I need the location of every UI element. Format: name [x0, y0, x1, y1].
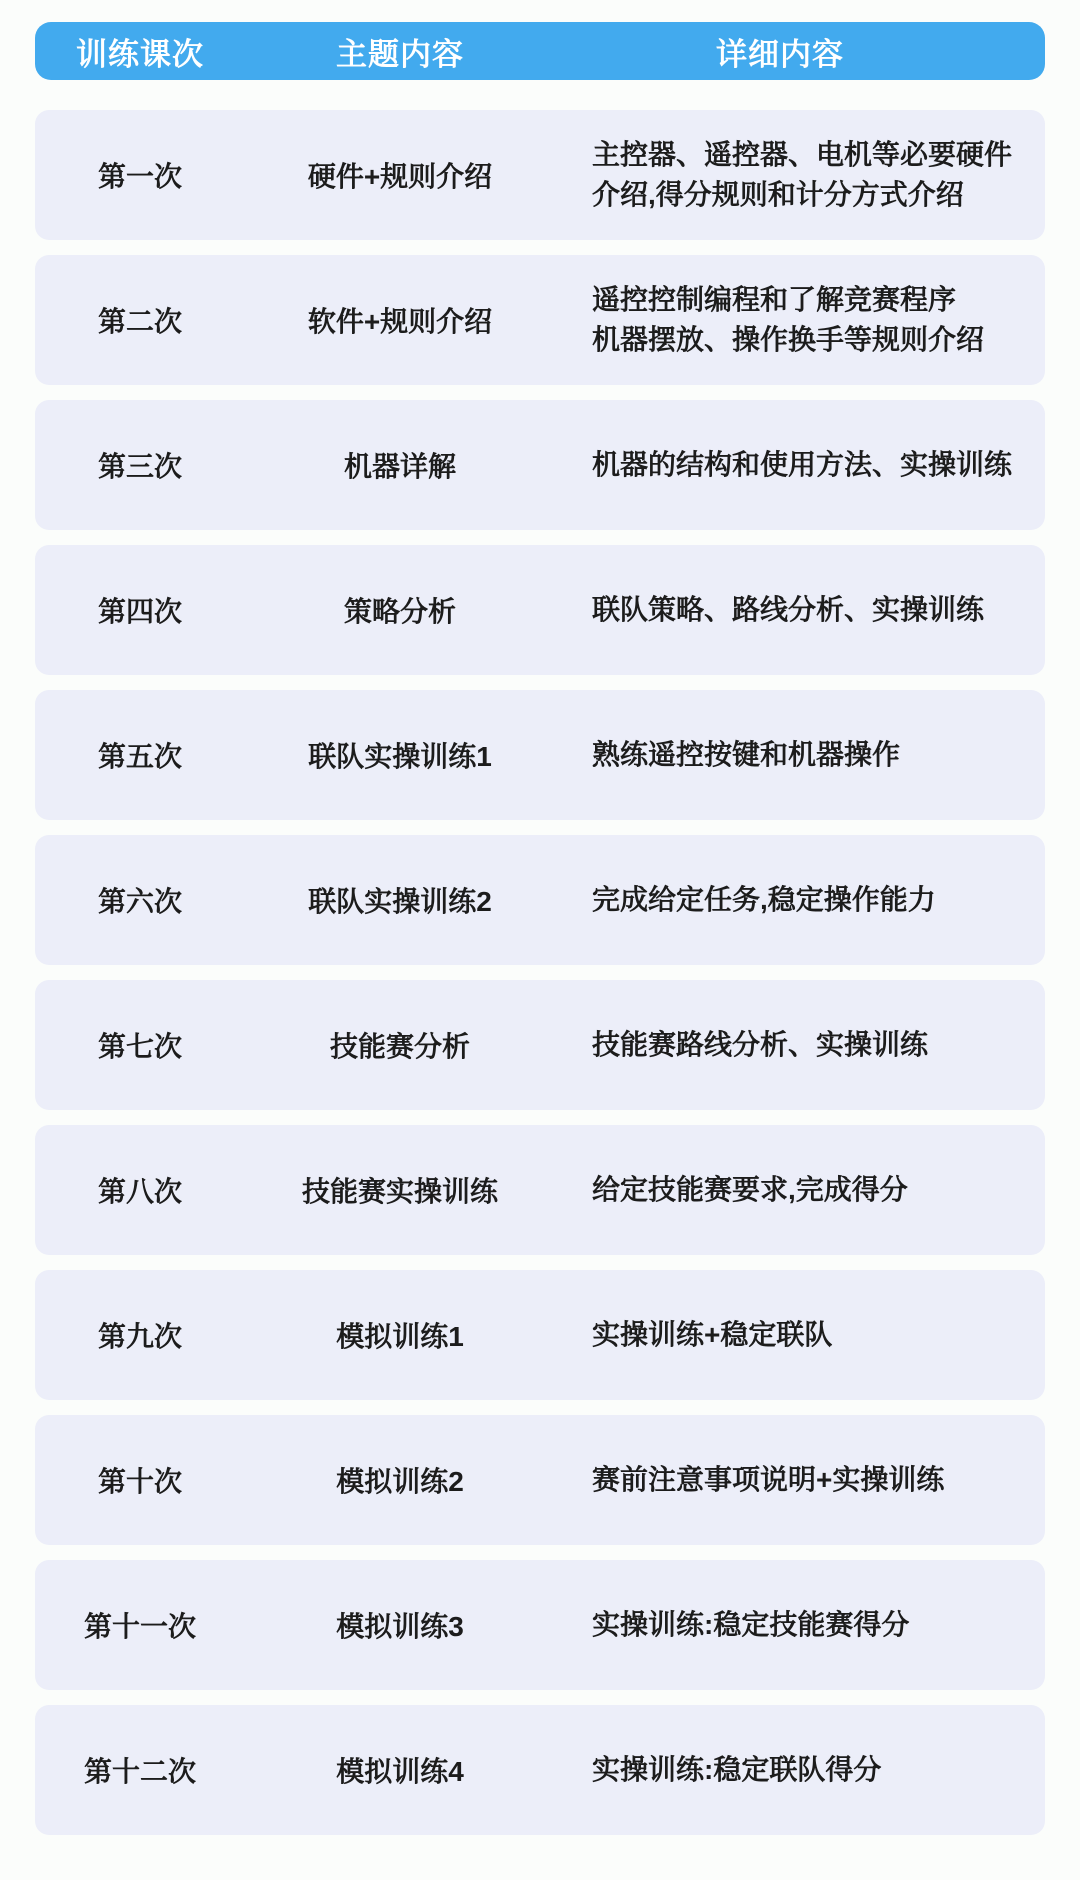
table-row: 第十二次 模拟训练4 实操训练:稳定联队得分: [35, 1705, 1045, 1835]
header-detail-column: 详细内容: [555, 29, 1045, 74]
table-row: 第十一次 模拟训练3 实操训练:稳定技能赛得分: [35, 1560, 1045, 1690]
detail-cell: 完成给定任务,稳定操作能力: [555, 880, 1045, 920]
detail-line: 遥控控制编程和了解竞赛程序: [592, 280, 1035, 320]
session-cell: 第七次: [35, 1025, 245, 1065]
table-row: 第八次 技能赛实操训练 给定技能赛要求,完成得分: [35, 1125, 1045, 1255]
table-row: 第二次 软件+规则介绍 遥控控制编程和了解竞赛程序机器摆放、操作换手等规则介绍: [35, 255, 1045, 385]
topic-cell: 机器详解: [245, 445, 555, 485]
detail-cell: 实操训练+稳定联队: [555, 1315, 1045, 1355]
detail-cell: 遥控控制编程和了解竞赛程序机器摆放、操作换手等规则介绍: [555, 280, 1045, 360]
detail-line: 技能赛路线分析、实操训练: [592, 1025, 1035, 1065]
session-cell: 第四次: [35, 590, 245, 630]
detail-cell: 给定技能赛要求,完成得分: [555, 1170, 1045, 1210]
table-row: 第三次 机器详解 机器的结构和使用方法、实操训练: [35, 400, 1045, 530]
detail-cell: 主控器、遥控器、电机等必要硬件介绍,得分规则和计分方式介绍: [555, 135, 1045, 215]
topic-cell: 技能赛分析: [245, 1025, 555, 1065]
session-cell: 第八次: [35, 1170, 245, 1210]
detail-cell: 实操训练:稳定技能赛得分: [555, 1605, 1045, 1645]
detail-line: 熟练遥控按键和机器操作: [592, 735, 1035, 775]
session-cell: 第二次: [35, 300, 245, 340]
session-cell: 第十二次: [35, 1750, 245, 1790]
table-body: 第一次 硬件+规则介绍 主控器、遥控器、电机等必要硬件介绍,得分规则和计分方式介…: [35, 110, 1045, 1835]
detail-line: 赛前注意事项说明+实操训练: [592, 1460, 1035, 1500]
topic-cell: 软件+规则介绍: [245, 300, 555, 340]
session-cell: 第三次: [35, 445, 245, 485]
topic-cell: 模拟训练1: [245, 1315, 555, 1355]
detail-cell: 实操训练:稳定联队得分: [555, 1750, 1045, 1790]
session-cell: 第六次: [35, 880, 245, 920]
topic-cell: 硬件+规则介绍: [245, 155, 555, 195]
training-schedule-table: 训练课次 主题内容 详细内容 第一次 硬件+规则介绍 主控器、遥控器、电机等必要…: [0, 0, 1080, 1835]
topic-cell: 联队实操训练1: [245, 735, 555, 775]
session-cell: 第十一次: [35, 1605, 245, 1645]
topic-cell: 模拟训练3: [245, 1605, 555, 1645]
table-row: 第七次 技能赛分析 技能赛路线分析、实操训练: [35, 980, 1045, 1110]
detail-line: 介绍,得分规则和计分方式介绍: [592, 175, 1035, 215]
session-cell: 第十次: [35, 1460, 245, 1500]
topic-cell: 联队实操训练2: [245, 880, 555, 920]
detail-cell: 熟练遥控按键和机器操作: [555, 735, 1045, 775]
detail-line: 联队策略、路线分析、实操训练: [592, 590, 1035, 630]
topic-cell: 模拟训练4: [245, 1750, 555, 1790]
detail-cell: 技能赛路线分析、实操训练: [555, 1025, 1045, 1065]
table-row: 第六次 联队实操训练2 完成给定任务,稳定操作能力: [35, 835, 1045, 965]
detail-cell: 机器的结构和使用方法、实操训练: [555, 445, 1045, 485]
table-row: 第九次 模拟训练1 实操训练+稳定联队: [35, 1270, 1045, 1400]
table-row: 第十次 模拟训练2 赛前注意事项说明+实操训练: [35, 1415, 1045, 1545]
detail-line: 主控器、遥控器、电机等必要硬件: [592, 135, 1035, 175]
detail-cell: 赛前注意事项说明+实操训练: [555, 1460, 1045, 1500]
detail-line: 机器的结构和使用方法、实操训练: [592, 445, 1035, 485]
table-row: 第五次 联队实操训练1 熟练遥控按键和机器操作: [35, 690, 1045, 820]
topic-cell: 模拟训练2: [245, 1460, 555, 1500]
topic-cell: 技能赛实操训练: [245, 1170, 555, 1210]
topic-cell: 策略分析: [245, 590, 555, 630]
detail-line: 实操训练:稳定联队得分: [592, 1750, 1035, 1790]
detail-cell: 联队策略、路线分析、实操训练: [555, 590, 1045, 630]
table-row: 第四次 策略分析 联队策略、路线分析、实操训练: [35, 545, 1045, 675]
table-header: 训练课次 主题内容 详细内容: [35, 22, 1045, 80]
session-cell: 第五次: [35, 735, 245, 775]
header-topic-column: 主题内容: [245, 29, 555, 74]
detail-line: 给定技能赛要求,完成得分: [592, 1170, 1035, 1210]
detail-line: 完成给定任务,稳定操作能力: [592, 880, 1035, 920]
detail-line: 实操训练:稳定技能赛得分: [592, 1605, 1035, 1645]
detail-line: 机器摆放、操作换手等规则介绍: [592, 320, 1035, 360]
table-row: 第一次 硬件+规则介绍 主控器、遥控器、电机等必要硬件介绍,得分规则和计分方式介…: [35, 110, 1045, 240]
header-session-column: 训练课次: [35, 29, 245, 74]
detail-line: 实操训练+稳定联队: [592, 1315, 1035, 1355]
session-cell: 第一次: [35, 155, 245, 195]
session-cell: 第九次: [35, 1315, 245, 1355]
